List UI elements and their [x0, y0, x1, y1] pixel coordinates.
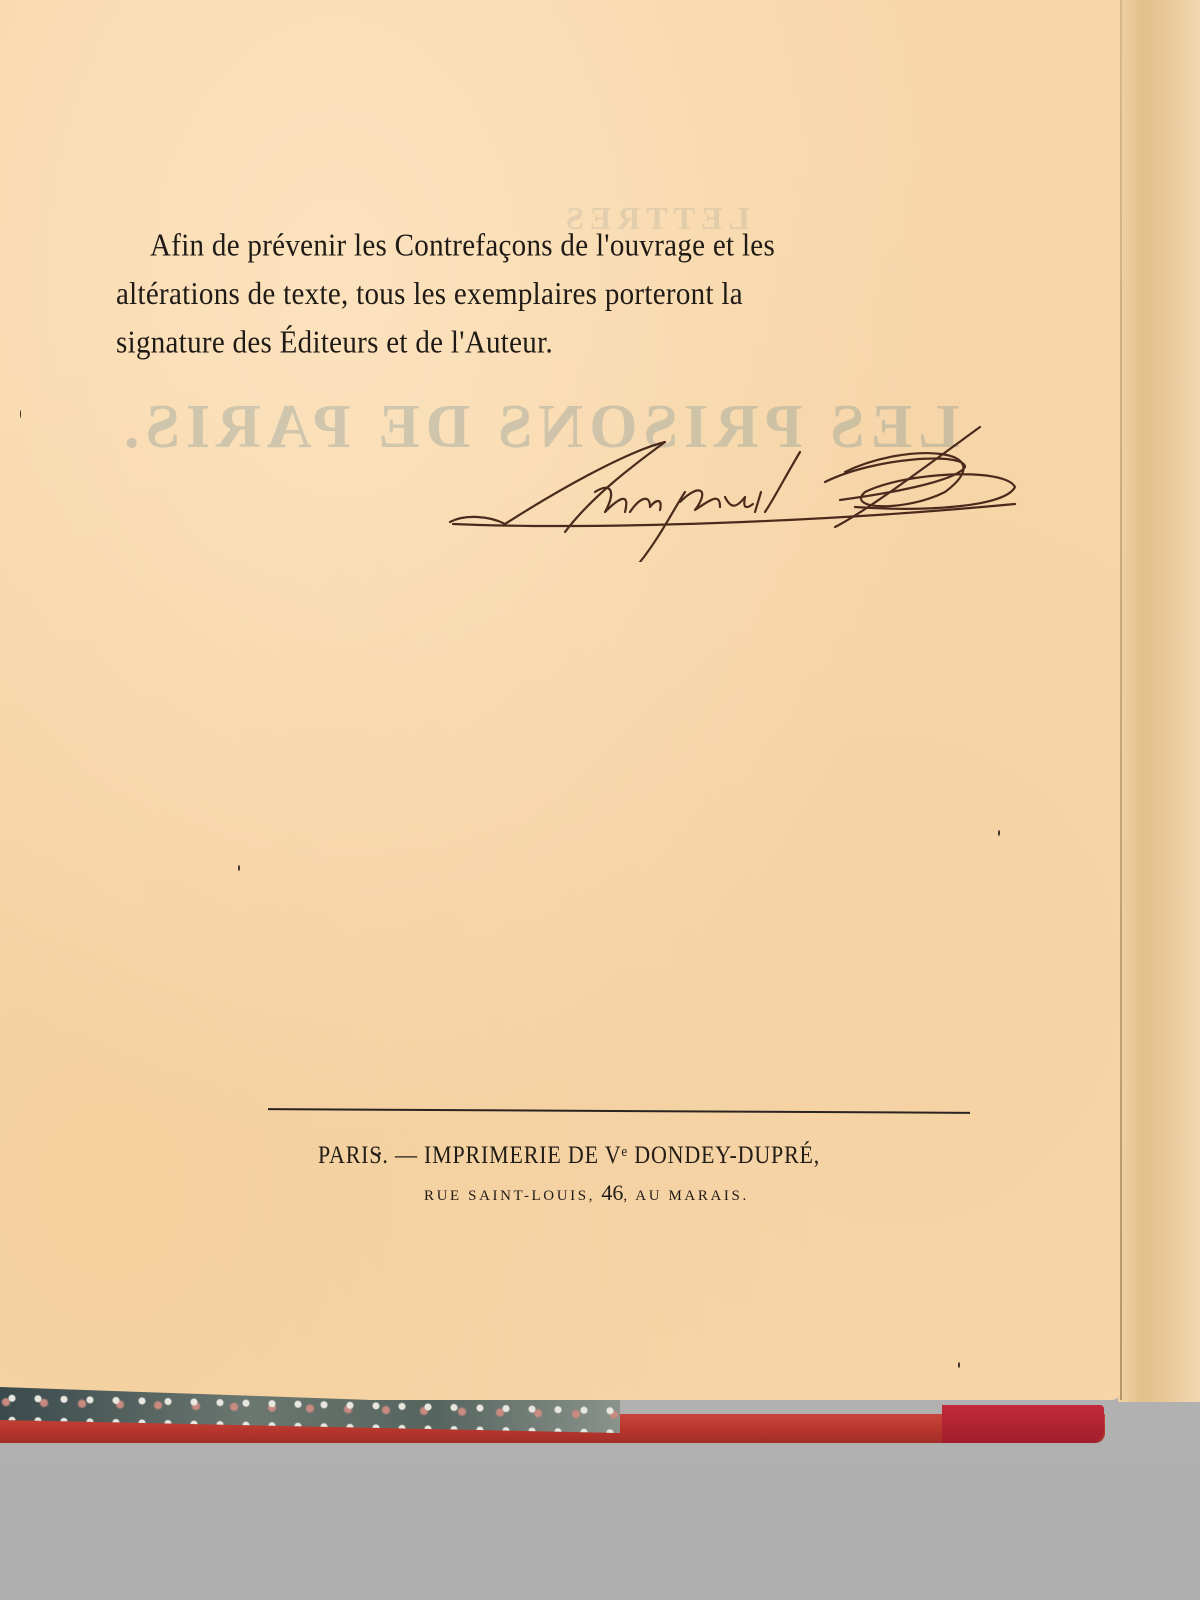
paper-speck: [378, 1152, 381, 1155]
imprint-address: RUE SAINT-LOUIS, 46, AU MARAIS.: [424, 1180, 844, 1206]
notice-line-3: signature des Éditeurs et de l'Auteur.: [116, 319, 971, 368]
notice-line-2: altérations de texte, tous les exemplair…: [116, 271, 971, 320]
counterfeit-notice: Afin de prévenir les Contrefaçons de l'o…: [116, 222, 971, 368]
notice-line-1: Afin de prévenir les Contrefaçons de l'o…: [116, 222, 971, 271]
author-signature: [445, 412, 1025, 562]
page-fold-line: [1120, 0, 1122, 1400]
paper-speck: [958, 1362, 960, 1368]
paper-speck: [20, 410, 21, 418]
following-pages-edge: [1118, 0, 1200, 1402]
book-page: LETTRES LES PRISONS DE PARIS. Afin de pr…: [0, 0, 1120, 1400]
imprint-rule: [268, 1108, 970, 1114]
paper-speck: [998, 830, 1000, 836]
imprint-printer: PARIS. — IMPRIMERIE DE Ve DONDEY-DUPRÉ,: [318, 1140, 938, 1170]
paper-speck: [238, 865, 240, 871]
leather-binding-corner: [942, 1405, 1104, 1443]
